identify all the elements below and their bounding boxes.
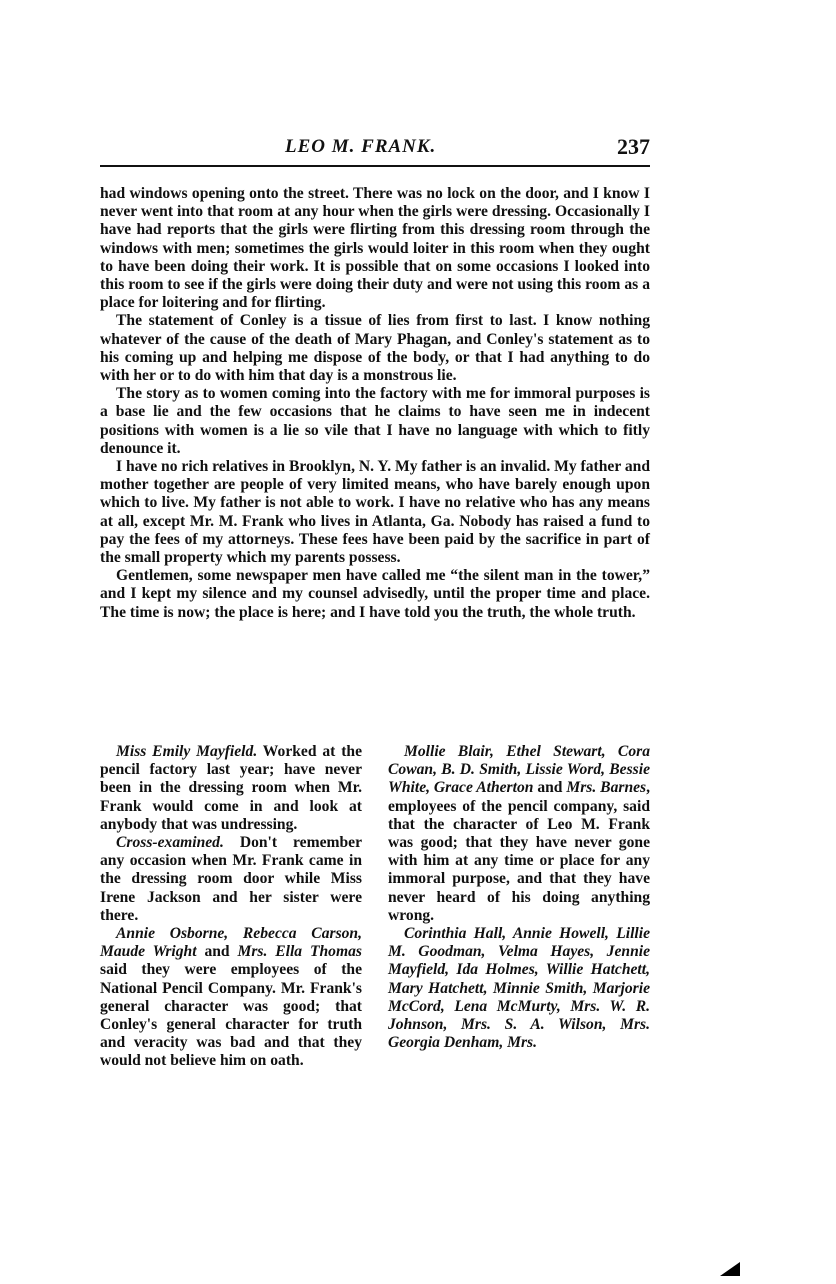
main-text: had windows opening onto the street. The… (100, 185, 650, 622)
testimony-columns: Miss Emily Mayfield. Worked at the penci… (100, 743, 650, 1071)
conjunction: and (533, 779, 566, 796)
running-title: LEO M. FRANK. (285, 136, 436, 158)
conjunction: and (197, 943, 238, 960)
paragraph: Gentlemen, some newspaper men have calle… (100, 567, 650, 622)
paragraph: had windows opening onto the street. The… (100, 185, 650, 312)
page-number: 237 (617, 134, 650, 160)
testimony-paragraph: Corinthia Hall, Annie Howell, Lillie M. … (388, 925, 650, 1052)
testimony-paragraph: Cross-examined. Don't remember any occas… (100, 834, 362, 925)
section-label: Cross-examined. (116, 834, 224, 851)
header-rule (100, 165, 650, 167)
testimony-paragraph: Miss Emily Mayfield. Worked at the penci… (100, 743, 362, 834)
scan-corner-mark (720, 1262, 740, 1276)
page-header: LEO M. FRANK. 237 (100, 134, 650, 164)
paragraph: The story as to women coming into the fa… (100, 385, 650, 458)
witness-name: Mrs. Ella Thomas (237, 943, 362, 960)
testimony-text: , employees of the pencil company, said … (388, 779, 650, 923)
paragraph: I have no rich relatives in Brooklyn, N.… (100, 458, 650, 567)
paragraph: The statement of Conley is a tissue of l… (100, 312, 650, 385)
testimony-text: said they were employees of the National… (100, 961, 362, 1069)
left-column: Miss Emily Mayfield. Worked at the penci… (100, 743, 362, 1071)
right-column: Mollie Blair, Ethel Stewart, Cora Cowan,… (388, 743, 650, 1071)
testimony-paragraph: Annie Osborne, Rebecca Carson, Maude Wri… (100, 925, 362, 1071)
witness-name: Mrs. Barnes (566, 779, 646, 796)
witness-names: Corinthia Hall, Annie Howell, Lillie M. … (388, 925, 650, 1051)
testimony-paragraph: Mollie Blair, Ethel Stewart, Cora Cowan,… (388, 743, 650, 925)
witness-name: Miss Emily Mayfield. (116, 743, 257, 760)
